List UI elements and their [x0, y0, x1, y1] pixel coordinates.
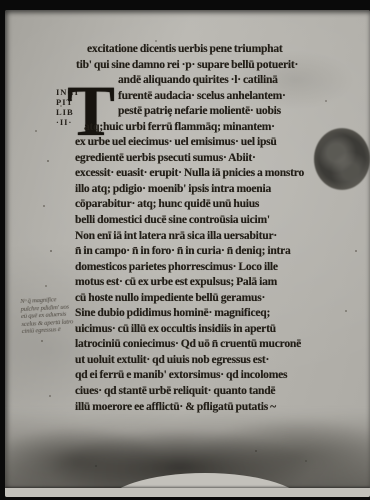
- round-ink-stain: [314, 128, 370, 190]
- manuscript-line: tib' qui sine damno rei ·p· supare bellū…: [76, 57, 369, 73]
- manuscript-line: latrociniū coniecimus· Qd uō n̄ cruentū …: [75, 336, 369, 352]
- foxing-speckles: [5, 10, 7, 12]
- manuscript-line: ciues· qd stantē urbē reliquit· quanto t…: [75, 383, 369, 399]
- manuscript-line: andē aliquando quirites ·l· catilinā: [118, 72, 369, 88]
- manuscript-line: cū hoste nullo impediente bellū geramus·: [75, 290, 369, 306]
- parchment-edge-backing: [5, 488, 370, 497]
- main-text-block: excitatione dicentis uerbis pene triumph…: [75, 41, 369, 414]
- manuscript-line: n̄ in campo· n̄ in foro· n̄ in curia· n̄…: [75, 243, 369, 259]
- manuscript-line: motus est· cū ex urbe est expulsus; Palā…: [75, 274, 369, 290]
- manuscript-line: qd ei ferrū e manib' extorsimus· qd inco…: [75, 367, 369, 383]
- manuscript-line: Sine dubio pdidimus hominē· magnificeq;: [75, 305, 369, 321]
- manuscript-line: domesticos parietes phorrescimus· Loco i…: [75, 259, 369, 275]
- manuscript-line: cōparabitur· atq; hunc quidē unū huius: [75, 196, 369, 212]
- manuscript-line: Non enī iā int latera nrā sica illa uers…: [75, 228, 369, 244]
- manuscript-line: pestē patriȩ nefarie molientē· uobis: [118, 103, 369, 119]
- manuscript-photo: INCI PIT LIB ·II· T excitatione dicentis…: [0, 0, 370, 500]
- manuscript-line: furentē audacia· scelus anhelantem·: [118, 88, 369, 104]
- manuscript-line: belli domestici ducē sine controūsia uic…: [75, 212, 369, 228]
- manuscript-line: ut uoluit extulit· qd uiuis nob egressus…: [75, 352, 369, 368]
- manuscript-line: uicimus· cū illū ex occultis insidiis in…: [75, 321, 369, 337]
- manuscript-line: excitatione dicentis uerbis pene triumph…: [87, 41, 369, 57]
- parchment-leaf: INCI PIT LIB ·II· T excitatione dicentis…: [5, 10, 370, 497]
- marginal-gloss: Nᵒ q̄ magnifice pulchre pdidim' uos eū q…: [20, 294, 100, 336]
